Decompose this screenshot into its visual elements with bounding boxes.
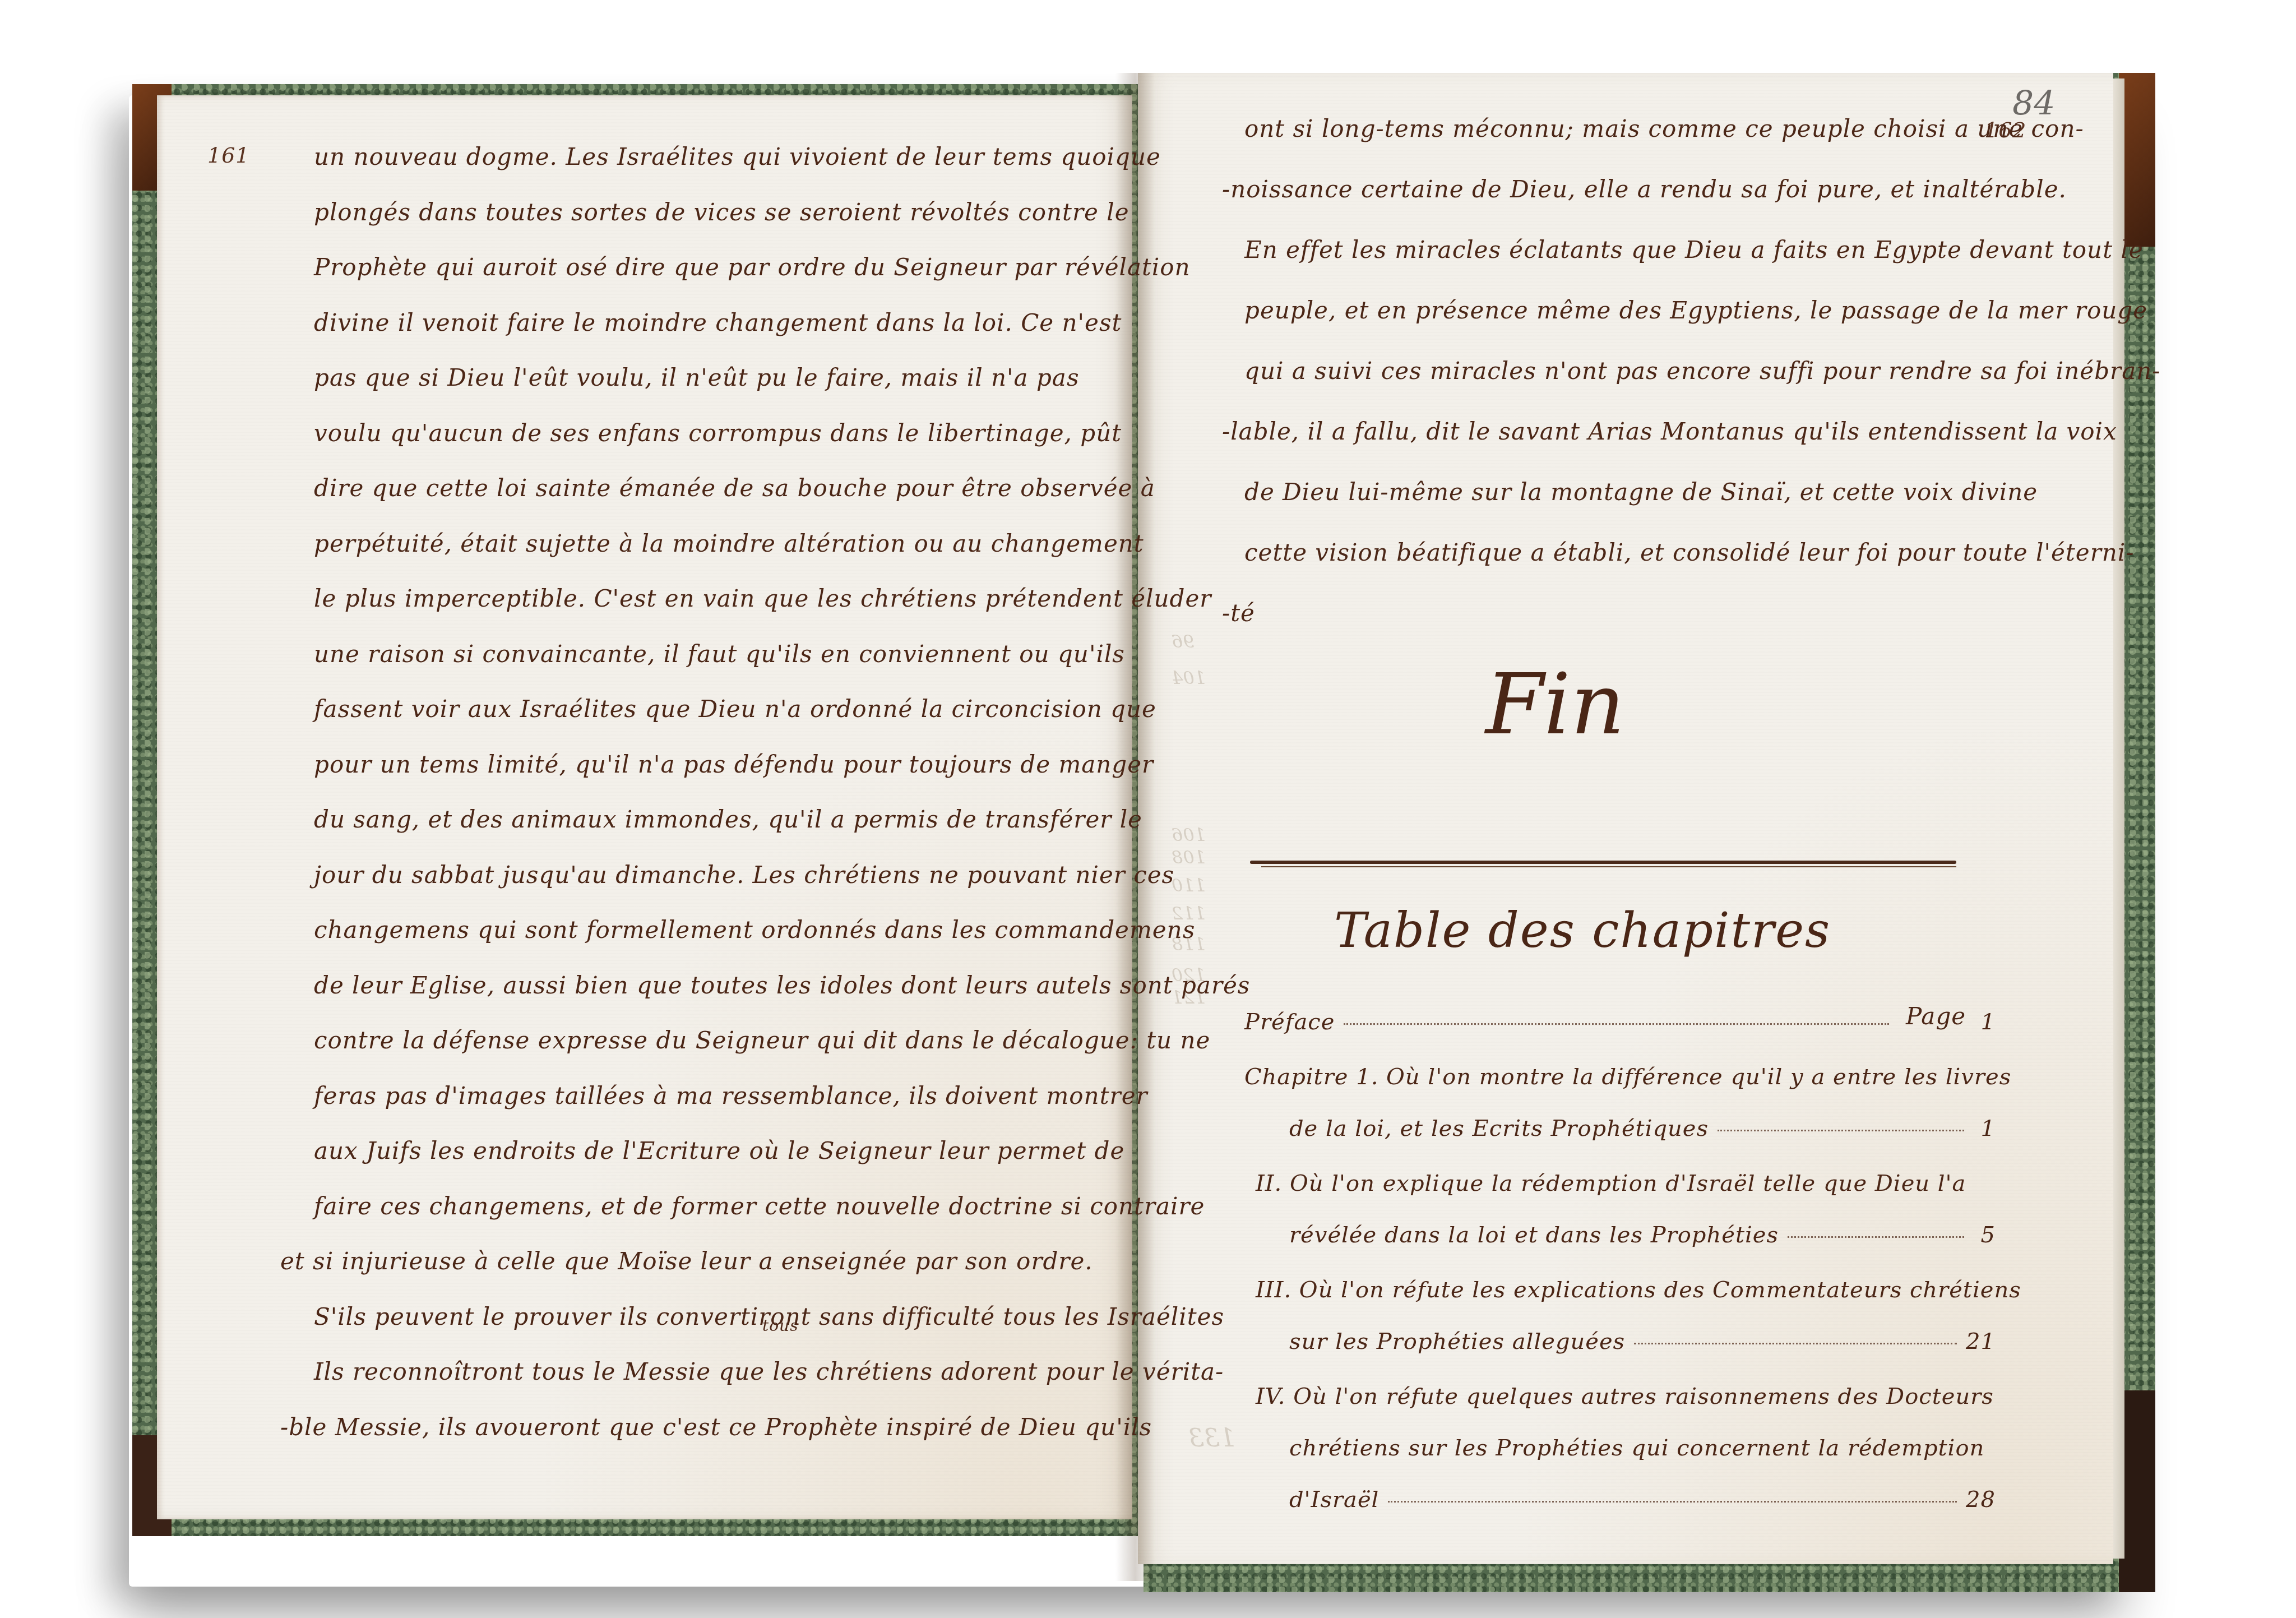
manuscript-line: pas que si Dieu l'eût voulu, il n'eût pu… xyxy=(314,364,1079,391)
manuscript-line: ont si long-tems méconnu; mais comme ce … xyxy=(1244,115,2084,142)
manuscript-line: jour du sabbat jusqu'au dimanche. Les ch… xyxy=(314,861,1174,889)
closing-word-fin: Fin xyxy=(1485,656,1625,753)
manuscript-line: perpétuité, était sujette à la moindre a… xyxy=(314,530,1144,557)
toc-entry-continued: IV. Où l'on réfute quelques autres raiso… xyxy=(1256,1384,1996,1409)
toc-entry-text: d'Israël xyxy=(1289,1487,1379,1513)
manuscript-line: dire que cette loi sainte émanée de sa b… xyxy=(314,474,1155,502)
bleed-through-number: 121 xyxy=(1172,987,1206,1008)
toc-leader-dots xyxy=(1344,1023,1889,1025)
bleed-through-number: 120 xyxy=(1172,964,1206,986)
manuscript-line: de leur Eglise, aussi bien que toutes le… xyxy=(314,972,1250,999)
double-rule-divider xyxy=(1250,861,1956,864)
interlinear-insertion: tous xyxy=(762,1316,799,1335)
toc-page-number: 1 xyxy=(1973,1116,1996,1141)
toc-page-number: 5 xyxy=(1973,1222,1996,1248)
manuscript-line: et si injurieuse à celle que Moïse leur … xyxy=(280,1247,1093,1275)
toc-entry: Préface1 xyxy=(1244,1009,1996,1035)
manuscript-line: voulu qu'aucun de ses enfans corrompus d… xyxy=(314,419,1122,447)
manuscript-line: un nouveau dogme. Les Israélites qui viv… xyxy=(314,143,1161,170)
bleed-through-number: 96 xyxy=(1172,631,1195,652)
manuscript-line: peuple, et en présence même des Egyptien… xyxy=(1244,297,2147,324)
toc-entry-continued: II. Où l'on explique la rédemption d'Isr… xyxy=(1256,1171,1996,1196)
manuscript-line: changemens qui sont formellement ordonné… xyxy=(314,916,1195,944)
toc-leader-dots xyxy=(1388,1501,1957,1503)
manuscript-line: faire ces changemens, et de former cette… xyxy=(314,1192,1205,1220)
manuscript-line: aux Juifs les endroits de l'Ecriture où … xyxy=(314,1137,1124,1164)
manuscript-line: contre la défense expresse du Seigneur q… xyxy=(314,1027,1210,1054)
manuscript-line: fassent voir aux Israélites que Dieu n'a… xyxy=(314,695,1156,723)
toc-entry: de la loi, et les Ecrits Prophétiques1 xyxy=(1289,1116,1996,1141)
manuscript-line: cette vision béatifique a établi, et con… xyxy=(1244,539,2134,566)
manuscript-line: En effet les miracles éclatants que Dieu… xyxy=(1244,236,2144,263)
bleed-through-number: 106 xyxy=(1172,824,1206,845)
toc-entry-text: Préface xyxy=(1244,1009,1335,1035)
manuscript-line: plongés dans toutes sortes de vices se s… xyxy=(314,198,1130,226)
manuscript-line: feras pas d'images taillées à ma ressemb… xyxy=(314,1082,1148,1110)
manuscript-line: -ble Messie, ils avoueront que c'est ce … xyxy=(280,1413,1152,1441)
toc-entry-continued: III. Où l'on réfute les explications des… xyxy=(1256,1277,1996,1303)
manuscript-line: qui a suivi ces miracles n'ont pas encor… xyxy=(1244,357,2160,385)
toc-entry-text: II. Où l'on explique la rédemption d'Isr… xyxy=(1256,1171,1966,1196)
toc-page-number: 28 xyxy=(1966,1487,1996,1513)
manuscript-line: de Dieu lui-même sur la montagne de Sina… xyxy=(1244,478,2038,506)
toc-entry-text: III. Où l'on réfute les explications des… xyxy=(1256,1277,2021,1303)
manuscript-line: -lable, il a fallu, dit le savant Arias … xyxy=(1222,418,2117,445)
bleed-through-number: 108 xyxy=(1172,847,1206,868)
manuscript-line: -té xyxy=(1222,599,1255,627)
toc-leader-dots xyxy=(1634,1343,1957,1344)
toc-page-number: 1 xyxy=(1973,1009,1996,1035)
toc-leader-dots xyxy=(1788,1236,1964,1238)
manuscript-line: -noissance certaine de Dieu, elle a rend… xyxy=(1222,175,2067,203)
bleed-through-number: 112 xyxy=(1172,903,1206,924)
toc-entry-text: sur les Prophéties alleguées xyxy=(1289,1329,1625,1355)
toc-page-number: 21 xyxy=(1966,1329,1996,1355)
toc-entry-text: révélée dans la loi et dans les Prophéti… xyxy=(1289,1222,1779,1248)
toc-entry-text: Chapitre 1. Où l'on montre la différence… xyxy=(1244,1064,2011,1090)
bleed-through-number: 110 xyxy=(1172,875,1206,896)
toc-entry-text: IV. Où l'on réfute quelques autres raiso… xyxy=(1256,1384,1994,1409)
bleed-through-number: 104 xyxy=(1172,667,1206,688)
bleed-through-number: 118 xyxy=(1172,933,1206,955)
manuscript-line: Prophète qui auroit osé dire que par ord… xyxy=(314,253,1191,281)
manuscript-line: pour un tems limité, qu'il n'a pas défen… xyxy=(314,751,1154,778)
page-number-left: 161 xyxy=(207,143,250,168)
manuscript-line: le plus imperceptible. C'est en vain que… xyxy=(314,585,1211,612)
manuscript-line: du sang, et des animaux immondes, qu'il … xyxy=(314,806,1142,833)
toc-entry: sur les Prophéties alleguées21 xyxy=(1289,1329,1996,1355)
toc-entry: révélée dans la loi et dans les Prophéti… xyxy=(1289,1222,1996,1248)
toc-entry-text: chrétiens sur les Prophéties qui concern… xyxy=(1289,1435,1984,1461)
toc-leader-dots xyxy=(1718,1130,1964,1131)
bleed-through-number: 133 xyxy=(1188,1424,1235,1453)
manuscript-line: divine il venoit faire le moindre change… xyxy=(314,309,1122,336)
toc-entry-continued: Chapitre 1. Où l'on montre la différence… xyxy=(1244,1064,1996,1090)
manuscript-line: Ils reconnoîtront tous le Messie que les… xyxy=(314,1358,1224,1385)
table-of-contents-title: Table des chapitres xyxy=(1334,903,1831,959)
manuscript-line: une raison si convaincante, il faut qu'i… xyxy=(314,640,1125,668)
toc-entry-continued: chrétiens sur les Prophéties qui concern… xyxy=(1289,1435,1996,1461)
toc-entry: d'Israël28 xyxy=(1289,1487,1996,1513)
toc-entry-text: de la loi, et les Ecrits Prophétiques xyxy=(1289,1116,1709,1141)
